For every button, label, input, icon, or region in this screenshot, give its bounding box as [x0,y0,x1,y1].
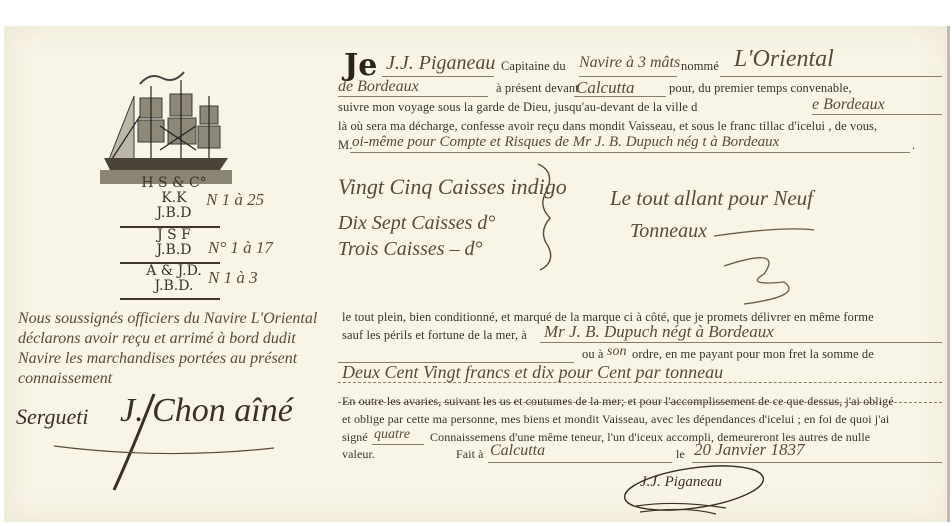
home-port: de Bordeaux [338,78,419,96]
nomme-label: nommé [681,59,719,74]
officer-signature-flourish-icon [44,386,284,496]
header-line-5-prefix: M. [338,138,352,153]
account-of: oi-même pour Compte et Risques de Mr J. … [352,134,779,151]
mark-1-line-1: H S & C° [114,176,234,191]
vessel-name: L'Oriental [734,46,834,73]
body-para-2-line-2: et oblige par cette ma personne, mes bie… [342,412,889,427]
body-line-3-prefix: ou à [582,347,604,362]
freight-amount: Deux Cent Vingt francs et dix pour Cent … [342,362,723,383]
cargo-item-1: Vingt Cinq Caisses indigo [338,174,567,200]
cargo-brace-icon [534,162,564,272]
destination: e Bordeaux [812,96,885,114]
header-line-5-suffix: . [912,138,915,153]
cargo-total: Le tout allant pour Neuf [610,186,813,211]
cargo-item-2: Dix Sept Caisses d° [338,212,495,235]
fait-a-label: Fait à [456,447,484,462]
officers-note-line-3: Navire les marchandises portées au prése… [18,350,297,368]
ship-engraving-icon [100,66,232,188]
place-signed: Calcutta [490,442,545,460]
captain-name: J.J. Piganeau [386,52,495,75]
document-paper: H S & C° K.K J.B.D N 1 à 25 J S F J.B.D … [4,26,950,522]
header-line-3: suivre mon voyage sous la garde de Dieu,… [338,100,698,115]
mark-3-rule [120,298,220,300]
mark-1-numbers: N 1 à 25 [206,190,264,210]
signe-label: signé [342,430,368,445]
a-present-label: à présent devant [496,81,579,96]
body-line-3-rest: ordre, en me payant pour mon fret la som… [632,347,874,362]
cargo-item-3: Trois Caisses – d° [338,238,483,261]
order-of: son [607,344,626,360]
body-para-2-line-1: En outre les avaries, suivant les us et … [342,394,894,409]
body-line-2-prefix: sauf les périls et fortune de la mer, à [342,328,527,343]
consignee: Mr J. B. Dupuch négt à Bordeaux [544,322,774,342]
vessel-type: Navire à 3 mâts [579,54,680,72]
header-line-4: là où sera ma décharge, confesse avoir r… [338,119,877,134]
cargo-total-unit: Tonneaux [630,220,707,243]
header-line-2-rest: pour, du premier temps convenable, [669,81,852,96]
captain-signature: J.J. Piganeau [640,474,722,491]
officers-note-line-1: Nous soussignés officiers du Navire L'Or… [18,310,317,328]
mark-2-numbers: N° 1 à 17 [208,238,273,258]
mark-3-numbers: N 1 à 3 [208,268,258,288]
valeur-label: valeur. [342,447,375,462]
current-port: Calcutta [576,78,635,98]
flourish-icon [704,226,824,306]
officers-note-line-2: déclarons avoir reçu et arrimé à bord du… [18,330,296,348]
copies-count: quatre [374,427,410,443]
capitaine-label: Capitaine du [501,59,566,74]
